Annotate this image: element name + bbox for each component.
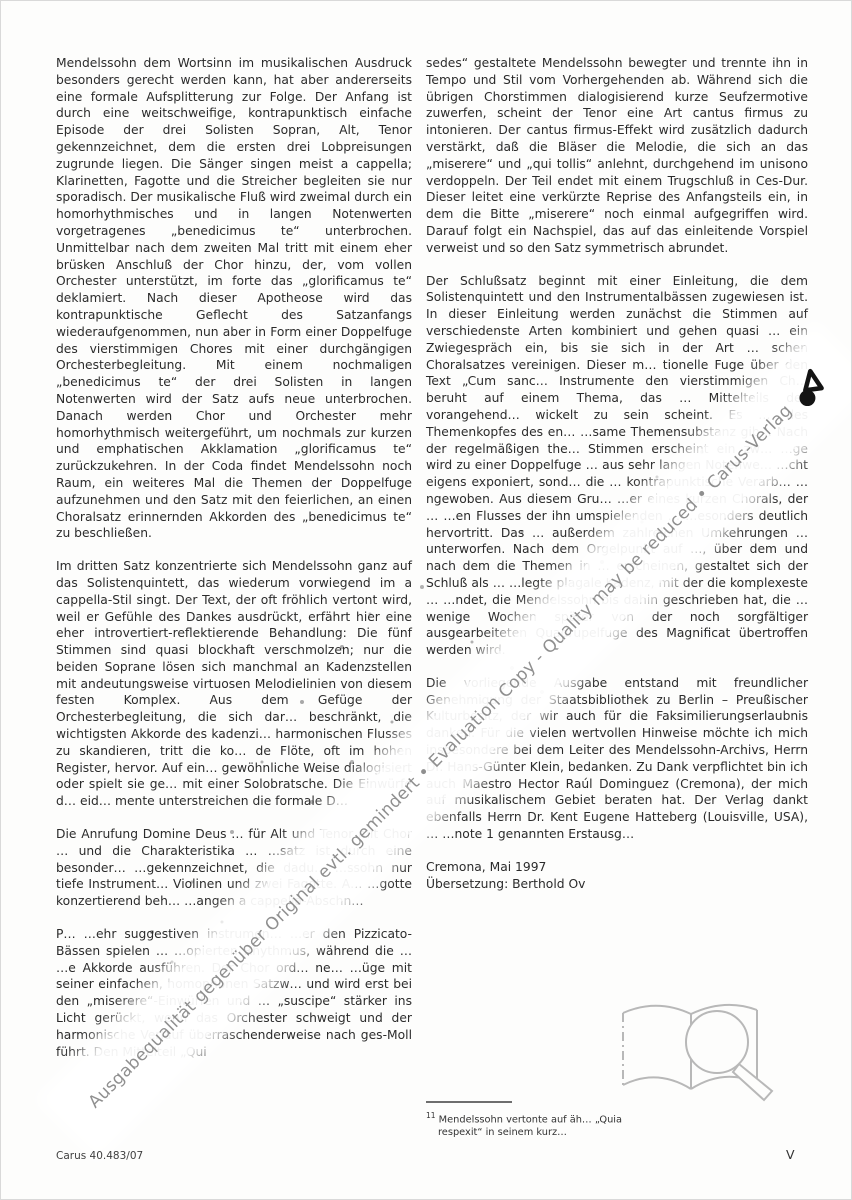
book-with-magnifying-glass-icon (609, 995, 789, 1114)
paragraph: Mendelssohn dem Wortsinn im musikalische… (56, 55, 412, 542)
signature-translation: Übersetzung: Berthold Ov (426, 876, 808, 893)
signature-place-date: Cremona, Mai 1997 (426, 859, 808, 876)
paragraph: Im dritten Satz konzentrierte sich Mende… (56, 558, 412, 810)
footnote-body: Mendelssohn vertonte auf äh… „Quia respe… (438, 1114, 622, 1138)
footnote-marker: 11 (426, 1111, 436, 1120)
carus-verlag-mark-icon (785, 365, 832, 412)
signature-block: Cremona, Mai 1997 Übersetzung: Berthold … (426, 859, 808, 893)
document-page: Mendelssohn dem Wortsinn im musikalische… (0, 0, 852, 1200)
page-number: V (786, 1147, 795, 1162)
scan-noise (1, 1, 3, 3)
paragraph: sedes“ gestaltete Mendelssohn bewegter u… (426, 55, 808, 257)
catalog-number: Carus 40.483/07 (56, 1150, 143, 1162)
footnote-separator (426, 1101, 512, 1103)
footnote-text: 11 Mendelssohn vertonte auf äh… „Quia re… (426, 1110, 656, 1139)
